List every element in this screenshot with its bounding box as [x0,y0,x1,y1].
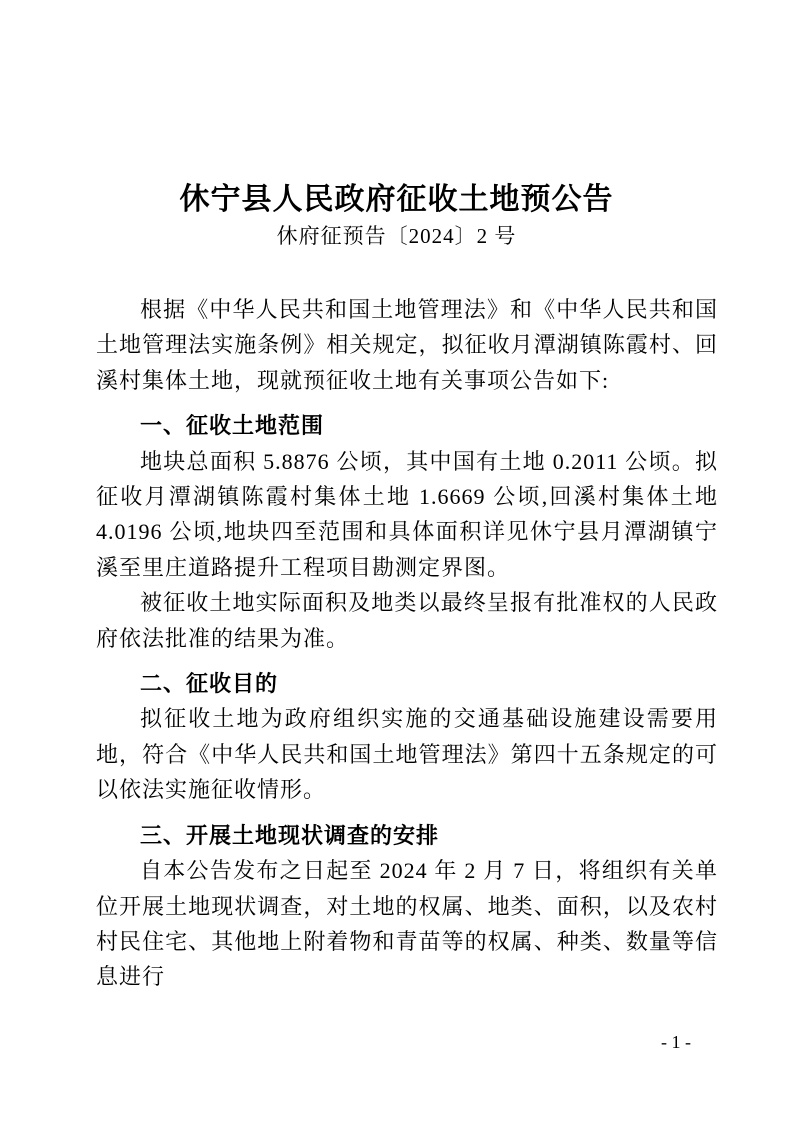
section-2-heading: 二、征收目的 [96,666,718,701]
section-1-paragraph-approval: 被征收土地实际面积及地类以最终呈报有批准权的人民政府依法批准的结果为准。 [96,585,718,656]
section-3-heading: 三、开展土地现状调查的安排 [96,818,718,853]
intro-paragraph: 根据《中华人民共和国土地管理法》和《中华人民共和国土地管理法实施条例》相关规定，… [96,292,718,398]
document-body: 根据《中华人民共和国土地管理法》和《中华人民共和国土地管理法实施条例》相关规定，… [96,292,718,995]
document-number: 休府征预告〔2024〕2 号 [0,224,793,248]
page-number: - 1 - [620,1031,732,1053]
section-1-paragraph-area: 地块总面积 5.8876 公顷，其中国有土地 0.2011 公顷。拟征收月潭湖镇… [96,444,718,586]
section-3-paragraph-survey: 自本公告发布之日起至 2024 年 2 月 7 日，将组织有关单位开展土地现状调… [96,853,718,995]
section-1-heading: 一、征收土地范围 [96,408,718,443]
document-page: 休宁县人民政府征收土地预公告 休府征预告〔2024〕2 号 根据《中华人民共和国… [0,0,793,1122]
section-2-paragraph-purpose: 拟征收土地为政府组织实施的交通基础设施建设需要用地，符合《中华人民共和国土地管理… [96,701,718,807]
document-title: 休宁县人民政府征收土地预公告 [0,0,793,220]
